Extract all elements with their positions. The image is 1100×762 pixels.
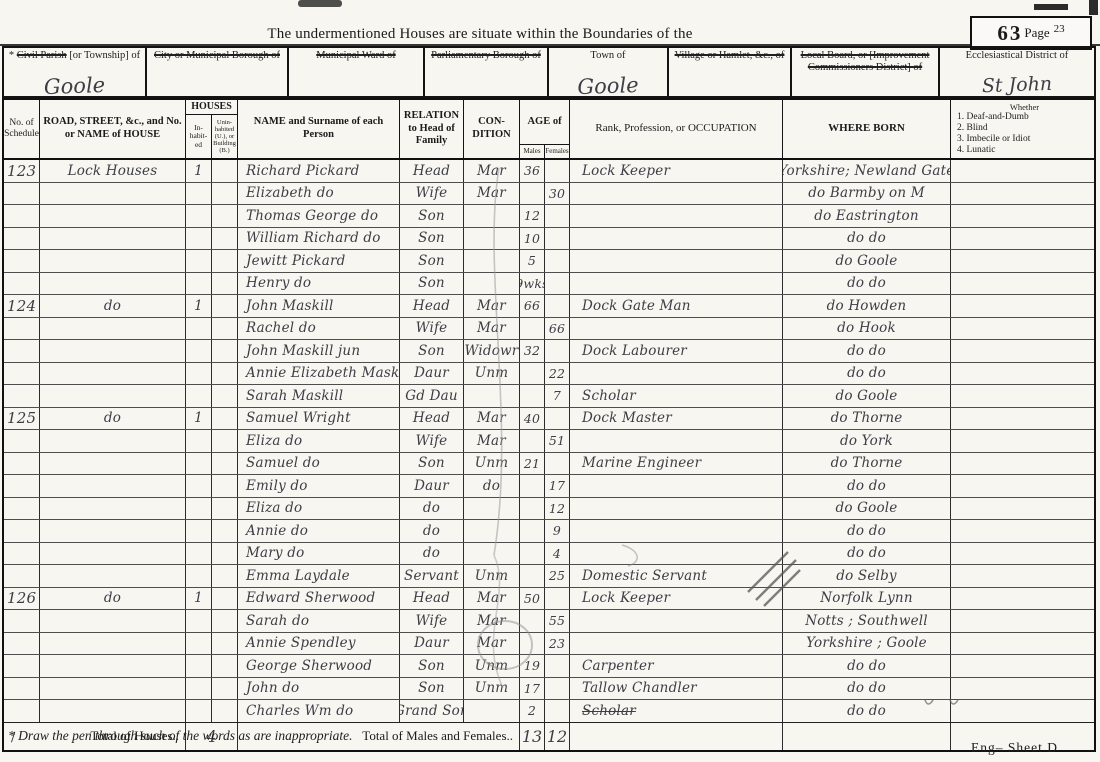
cell-houses-uninhabited: [212, 160, 238, 182]
cell-schedule-number: [4, 700, 40, 722]
table-row: Annie do do 9 do do: [4, 520, 1094, 543]
cell-occupation: Dock Gate Man: [570, 295, 783, 317]
cell-condition: do: [464, 475, 520, 497]
cell-occupation: [570, 520, 783, 542]
cell-whether-disability: [951, 363, 1094, 385]
cell-relation: Daur: [400, 633, 464, 655]
cell-houses-uninhabited: [212, 340, 238, 362]
cell-condition: [464, 205, 520, 227]
cell-person-name: Emma Laydale: [238, 565, 400, 587]
cell-occupation: [570, 183, 783, 205]
table-row: Samuel do Son Unm 21 Marine Engineer do …: [4, 453, 1094, 476]
cell-age-female: [545, 340, 570, 362]
cell-person-name: Sarah Maskill: [238, 385, 400, 407]
table-row: Sarah Maskill Gd Dau 7 Scholar do Goole: [4, 385, 1094, 408]
cell-person-name: Eliza do: [238, 498, 400, 520]
cell-age-male: [520, 385, 545, 407]
cell-whether-disability: [951, 205, 1094, 227]
cell-houses-uninhabited: [212, 498, 238, 520]
col-header-whether: Whether 1. Deaf-and-Dumb 2. Blind 3. Imb…: [951, 100, 1094, 158]
cell-whether-disability: [951, 520, 1094, 542]
header-field-label: Local Board, or [Improvement Commissione…: [795, 50, 935, 74]
cell-condition: Mar: [464, 408, 520, 430]
cell-age-female: [545, 655, 570, 677]
cell-houses-inhabited: [186, 250, 212, 272]
cell-whether-disability: [951, 183, 1094, 205]
cell-person-name: Elizabeth do: [238, 183, 400, 205]
cell-age-female: 22: [545, 363, 570, 385]
cell-age-female: [545, 250, 570, 272]
cell-where-born: do Hook: [783, 318, 951, 340]
cell-whether-disability: [951, 228, 1094, 250]
whether-item-4: 4. Lunatic: [957, 145, 996, 156]
table-row: Thomas George do Son 12 do Eastrington: [4, 205, 1094, 228]
folio-number: 63: [997, 21, 1022, 46]
col-header-uninhabited: Unin-habited (U.), or Building (B.): [212, 115, 237, 158]
cell-road-street: do: [40, 588, 186, 610]
scan-artifact: [1034, 4, 1068, 10]
cell-where-born: do do: [783, 273, 951, 295]
cell-whether-disability: [951, 250, 1094, 272]
cell-houses-inhabited: 1: [186, 160, 212, 182]
cell-houses-inhabited: [186, 678, 212, 700]
cell-whether-disability: [951, 678, 1094, 700]
cell-occupation: Lock Keeper: [570, 160, 783, 182]
cell-person-name: Rachel do: [238, 318, 400, 340]
cell-age-male: [520, 183, 545, 205]
cell-houses-uninhabited: [212, 610, 238, 632]
cell-road-street: [40, 543, 186, 565]
cell-age-male: [520, 543, 545, 565]
cell-relation: Head: [400, 588, 464, 610]
cell-relation: Son: [400, 273, 464, 295]
cell-houses-uninhabited: [212, 430, 238, 452]
cell-age-male: [520, 498, 545, 520]
cell-road-street: [40, 678, 186, 700]
cell-road-street: [40, 475, 186, 497]
houses-subheaders: In-habit-ed Unin-habited (U.), or Buildi…: [186, 115, 237, 158]
cell-schedule-number: [4, 453, 40, 475]
sheet-label: Eng– Sheet D: [971, 740, 1058, 756]
cell-houses-inhabited: [186, 543, 212, 565]
cell-relation: Wife: [400, 318, 464, 340]
cell-person-name: George Sherwood: [238, 655, 400, 677]
cell-relation: Wife: [400, 610, 464, 632]
cell-condition: Widowr: [464, 340, 520, 362]
col-header-relation: RELATION to Head of Family: [400, 100, 464, 158]
cell-relation: do: [400, 543, 464, 565]
table-row: John Maskill jun Son Widowr 32 Dock Labo…: [4, 340, 1094, 363]
table-row: Emily do Daur do 17 do do: [4, 475, 1094, 498]
cell-relation: Son: [400, 453, 464, 475]
cell-occupation: Tallow Chandler: [570, 678, 783, 700]
footnote: * Draw the pen through such of the words…: [8, 728, 353, 744]
cell-whether-disability: [951, 633, 1094, 655]
whether-item-3: 3. Imbecile or Idiot: [957, 134, 1030, 145]
cell-person-name: Eliza do: [238, 430, 400, 452]
cell-houses-inhabited: [186, 183, 212, 205]
cell-age-male: 12: [520, 205, 545, 227]
age-subheaders: Males Females: [520, 144, 569, 158]
header-field-handwritten-value: Goole: [4, 72, 146, 101]
cell-occupation: Dock Labourer: [570, 340, 783, 362]
cell-person-name: Samuel do: [238, 453, 400, 475]
table-row: 126 do 1 Edward Sherwood Head Mar 50 Loc…: [4, 588, 1094, 611]
cell-schedule-number: 126: [4, 588, 40, 610]
cell-houses-uninhabited: [212, 385, 238, 407]
cell-houses-inhabited: 1: [186, 295, 212, 317]
cell-houses-inhabited: [186, 340, 212, 362]
col-header-condition: CON- DITION: [464, 100, 520, 158]
cell-road-street: Lock Houses: [40, 160, 186, 182]
struck-label-text: Parliamentary Borough of: [431, 50, 541, 61]
cell-condition: [464, 498, 520, 520]
cell-age-male: [520, 318, 545, 340]
table-row: Henry do Son 9wks do do: [4, 273, 1094, 296]
cell-age-male: 66: [520, 295, 545, 317]
cell-schedule-number: [4, 565, 40, 587]
cell-houses-inhabited: [186, 430, 212, 452]
cell-road-street: [40, 498, 186, 520]
cell-age-female: [545, 295, 570, 317]
cell-houses-inhabited: [186, 565, 212, 587]
cell-relation: Son: [400, 340, 464, 362]
cell-schedule-number: 124: [4, 295, 40, 317]
cell-schedule-number: [4, 543, 40, 565]
cell-houses-uninhabited: [212, 475, 238, 497]
cell-schedule-number: [4, 655, 40, 677]
cell-condition: Mar: [464, 588, 520, 610]
cell-age-female: 17: [545, 475, 570, 497]
whether-title: Whether: [957, 102, 1092, 112]
cell-person-name: Richard Pickard: [238, 160, 400, 182]
cell-relation: Daur: [400, 475, 464, 497]
cell-condition: [464, 273, 520, 295]
cell-relation: do: [400, 520, 464, 542]
whether-item-2: 2. Blind: [957, 123, 988, 134]
struck-label-text: Local Board, or [Improvement Commissione…: [801, 50, 930, 73]
cell-houses-uninhabited: [212, 228, 238, 250]
header-fields: * Civil Parish [or Township] of Goole Ci…: [2, 46, 1096, 98]
cell-age-male: [520, 520, 545, 542]
cell-age-female: [545, 408, 570, 430]
cell-where-born: do Selby: [783, 565, 951, 587]
cell-where-born: do Eastrington: [783, 205, 951, 227]
cell-where-born: do do: [783, 475, 951, 497]
cell-person-name: Annie do: [238, 520, 400, 542]
table-row: 124 do 1 John Maskill Head Mar 66 Dock G…: [4, 295, 1094, 318]
cell-relation: Head: [400, 408, 464, 430]
cell-houses-uninhabited: [212, 363, 238, 385]
cell-age-male: 10: [520, 228, 545, 250]
cell-where-born: do do: [783, 520, 951, 542]
cell-person-name: Annie Spendley: [238, 633, 400, 655]
table-row: 125 do 1 Samuel Wright Head Mar 40 Dock …: [4, 408, 1094, 431]
col-header-inhabited: In-habit-ed: [186, 115, 212, 158]
cell-where-born: Yorkshire; Newland Gate: [783, 160, 951, 182]
cell-road-street: [40, 633, 186, 655]
cell-where-born: do York: [783, 430, 951, 452]
page-word: Page: [1024, 25, 1049, 41]
totals-empty-cell: [783, 723, 951, 750]
cell-occupation: [570, 273, 783, 295]
cell-age-female: 25: [545, 565, 570, 587]
page-title: The undermentioned Houses are situate wi…: [0, 26, 960, 43]
cell-road-street: [40, 363, 186, 385]
cell-relation: Daur: [400, 363, 464, 385]
cell-age-male: 21: [520, 453, 545, 475]
cell-houses-inhabited: [186, 700, 212, 722]
cell-road-street: do: [40, 295, 186, 317]
cell-age-female: [545, 700, 570, 722]
cell-road-street: [40, 655, 186, 677]
cell-occupation: [570, 430, 783, 452]
cell-whether-disability: [951, 498, 1094, 520]
cell-age-male: 17: [520, 678, 545, 700]
cell-age-male: [520, 430, 545, 452]
cell-occupation: [570, 250, 783, 272]
cell-whether-disability: [951, 565, 1094, 587]
header-field: * Civil Parish [or Township] of Goole: [2, 46, 147, 98]
col-header-males: Males: [520, 145, 545, 158]
cell-condition: Unm: [464, 655, 520, 677]
cell-houses-inhabited: [186, 453, 212, 475]
cell-age-female: [545, 453, 570, 475]
col-header-females: Females: [545, 145, 569, 158]
cell-relation: Wife: [400, 430, 464, 452]
cell-age-male: 2: [520, 700, 545, 722]
cell-person-name: Henry do: [238, 273, 400, 295]
cell-condition: Mar: [464, 610, 520, 632]
cell-where-born: Norfolk Lynn: [783, 588, 951, 610]
cell-whether-disability: [951, 408, 1094, 430]
cell-where-born: do Goole: [783, 250, 951, 272]
cell-schedule-number: [4, 610, 40, 632]
cell-person-name: John Maskill: [238, 295, 400, 317]
cell-where-born: do do: [783, 700, 951, 722]
cell-person-name: William Richard do: [238, 228, 400, 250]
cell-age-female: [545, 160, 570, 182]
total-females-value: 12: [545, 723, 570, 750]
cell-age-female: 51: [545, 430, 570, 452]
cell-age-male: [520, 610, 545, 632]
cell-relation: do: [400, 498, 464, 520]
cell-houses-uninhabited: [212, 588, 238, 610]
cell-person-name: John do: [238, 678, 400, 700]
cell-houses-inhabited: [186, 610, 212, 632]
cell-houses-inhabited: [186, 475, 212, 497]
col-header-age: AGE of Males Females: [520, 100, 570, 158]
header-field: Ecclesiastical District of St John: [938, 46, 1096, 98]
cell-age-female: 30: [545, 183, 570, 205]
cell-houses-uninhabited: [212, 183, 238, 205]
cell-whether-disability: [951, 700, 1094, 722]
cell-houses-uninhabited: [212, 318, 238, 340]
cell-age-female: [545, 588, 570, 610]
cell-person-name: Edward Sherwood: [238, 588, 400, 610]
cell-houses-uninhabited: [212, 543, 238, 565]
cell-age-female: [545, 678, 570, 700]
cell-where-born: Yorkshire ; Goole: [783, 633, 951, 655]
cell-age-male: [520, 363, 545, 385]
struck-label-text: City or Municipal Borough of: [154, 50, 280, 61]
cell-where-born: do do: [783, 363, 951, 385]
cell-schedule-number: [4, 250, 40, 272]
cell-houses-uninhabited: [212, 700, 238, 722]
cell-where-born: Notts ; Southwell: [783, 610, 951, 632]
cell-person-name: Mary do: [238, 543, 400, 565]
cell-relation: Head: [400, 160, 464, 182]
cell-where-born: do Goole: [783, 385, 951, 407]
cell-age-male: 50: [520, 588, 545, 610]
cell-houses-uninhabited: [212, 205, 238, 227]
cell-where-born: do do: [783, 543, 951, 565]
census-table: No. of Schedule ROAD, STREET, &c., and N…: [2, 98, 1096, 752]
cell-houses-uninhabited: [212, 520, 238, 542]
census-table-body: 123 Lock Houses 1 Richard Pickard Head M…: [4, 160, 1094, 723]
cell-age-male: [520, 565, 545, 587]
cell-road-street: [40, 385, 186, 407]
table-row: Annie Spendley Daur Mar 23 Yorkshire ; G…: [4, 633, 1094, 656]
table-row: William Richard do Son 10 do do: [4, 228, 1094, 251]
cell-condition: [464, 700, 520, 722]
cell-houses-uninhabited: [212, 408, 238, 430]
cell-schedule-number: [4, 340, 40, 362]
cell-road-street: [40, 610, 186, 632]
cell-age-female: 66: [545, 318, 570, 340]
cell-whether-disability: [951, 385, 1094, 407]
cell-where-born: do do: [783, 340, 951, 362]
table-row: Eliza do Wife Mar 51 do York: [4, 430, 1094, 453]
header-field: Local Board, or [Improvement Commissione…: [790, 46, 940, 98]
totals-empty-cell: [570, 723, 783, 750]
cell-houses-uninhabited: [212, 273, 238, 295]
cell-whether-disability: [951, 610, 1094, 632]
table-row: Rachel do Wife Mar 66 do Hook: [4, 318, 1094, 341]
cell-relation: Grand Son: [400, 700, 464, 722]
cell-condition: [464, 385, 520, 407]
cell-schedule-number: [4, 318, 40, 340]
cell-condition: Unm: [464, 565, 520, 587]
cell-whether-disability: [951, 160, 1094, 182]
table-row: 123 Lock Houses 1 Richard Pickard Head M…: [4, 160, 1094, 183]
cell-schedule-number: [4, 633, 40, 655]
cell-where-born: do Howden: [783, 295, 951, 317]
cell-schedule-number: [4, 520, 40, 542]
header-field-handwritten-value: St John: [940, 71, 1095, 98]
cell-whether-disability: [951, 475, 1094, 497]
cell-relation: Son: [400, 205, 464, 227]
cell-whether-disability: [951, 588, 1094, 610]
folio-box: 63 Page 23: [970, 16, 1092, 50]
cell-road-street: do: [40, 408, 186, 430]
cell-person-name: Jewitt Pickard: [238, 250, 400, 272]
cell-age-female: 23: [545, 633, 570, 655]
table-row: George Sherwood Son Unm 19 Carpenter do …: [4, 655, 1094, 678]
table-row: Emma Laydale Servant Unm 25 Domestic Ser…: [4, 565, 1094, 588]
cell-occupation: Carpenter: [570, 655, 783, 677]
cell-condition: Mar: [464, 633, 520, 655]
cell-houses-inhabited: [186, 385, 212, 407]
cell-person-name: Thomas George do: [238, 205, 400, 227]
cell-road-street: [40, 183, 186, 205]
cell-relation: Son: [400, 678, 464, 700]
col-header-name: NAME and Surname of each Person: [238, 100, 400, 158]
cell-whether-disability: [951, 453, 1094, 475]
cell-schedule-number: [4, 205, 40, 227]
houses-title: HOUSES: [186, 100, 237, 115]
total-males-value: 13: [520, 723, 545, 750]
cell-road-street: [40, 430, 186, 452]
cell-relation: Head: [400, 295, 464, 317]
cell-road-street: [40, 520, 186, 542]
cell-condition: Mar: [464, 183, 520, 205]
cell-road-street: [40, 453, 186, 475]
header-field-label: Parliamentary Borough of: [428, 50, 544, 62]
cell-condition: Unm: [464, 453, 520, 475]
scan-artifact: [298, 0, 342, 7]
cell-houses-uninhabited: [212, 565, 238, 587]
cell-condition: Mar: [464, 318, 520, 340]
cell-age-female: 9: [545, 520, 570, 542]
whether-item-1: 1. Deaf-and-Dumb: [957, 112, 1029, 123]
census-table-header: No. of Schedule ROAD, STREET, &c., and N…: [4, 100, 1094, 160]
cell-age-male: 36: [520, 160, 545, 182]
cell-age-female: 7: [545, 385, 570, 407]
cell-condition: Unm: [464, 363, 520, 385]
cell-road-street: [40, 318, 186, 340]
table-row: Eliza do do 12 do Goole: [4, 498, 1094, 521]
cell-road-street: [40, 228, 186, 250]
cell-occupation: [570, 610, 783, 632]
cell-person-name: Annie Elizabeth Maskill: [238, 363, 400, 385]
cell-where-born: do Goole: [783, 498, 951, 520]
cell-age-male: [520, 633, 545, 655]
cell-houses-uninhabited: [212, 295, 238, 317]
header-field-label: Municipal Ward of: [292, 50, 420, 62]
header-field: Municipal Ward of: [287, 46, 425, 98]
col-header-houses: HOUSES In-habit-ed Unin-habited (U.), or…: [186, 100, 238, 158]
cell-relation: Son: [400, 250, 464, 272]
cell-occupation: Domestic Servant: [570, 565, 783, 587]
cell-condition: Mar: [464, 160, 520, 182]
cell-condition: [464, 228, 520, 250]
cell-where-born: do Barmby on M: [783, 183, 951, 205]
cell-person-name: John Maskill jun: [238, 340, 400, 362]
col-header-road: ROAD, STREET, &c., and No. or NAME of HO…: [40, 100, 186, 158]
cell-whether-disability: [951, 543, 1094, 565]
cell-occupation: Marine Engineer: [570, 453, 783, 475]
cell-houses-inhabited: [186, 363, 212, 385]
cell-age-female: [545, 273, 570, 295]
cell-occupation: [570, 318, 783, 340]
cell-person-name: Emily do: [238, 475, 400, 497]
cell-occupation: Dock Master: [570, 408, 783, 430]
cell-relation: Wife: [400, 183, 464, 205]
struck-label-text: Municipal Ward of: [316, 50, 395, 61]
cell-occupation: [570, 543, 783, 565]
col-header-schedule: No. of Schedule: [4, 100, 40, 158]
cell-houses-inhabited: 1: [186, 588, 212, 610]
cell-whether-disability: [951, 273, 1094, 295]
header-field-label: * Civil Parish [or Township] of: [7, 50, 142, 62]
cell-schedule-number: 125: [4, 408, 40, 430]
cell-age-male: 9wks: [520, 273, 545, 295]
col-header-where-born: WHERE BORN: [783, 100, 951, 158]
cell-whether-disability: [951, 340, 1094, 362]
table-row: Charles Wm do Grand Son 2 Scholar do do: [4, 700, 1094, 723]
cell-condition: [464, 250, 520, 272]
